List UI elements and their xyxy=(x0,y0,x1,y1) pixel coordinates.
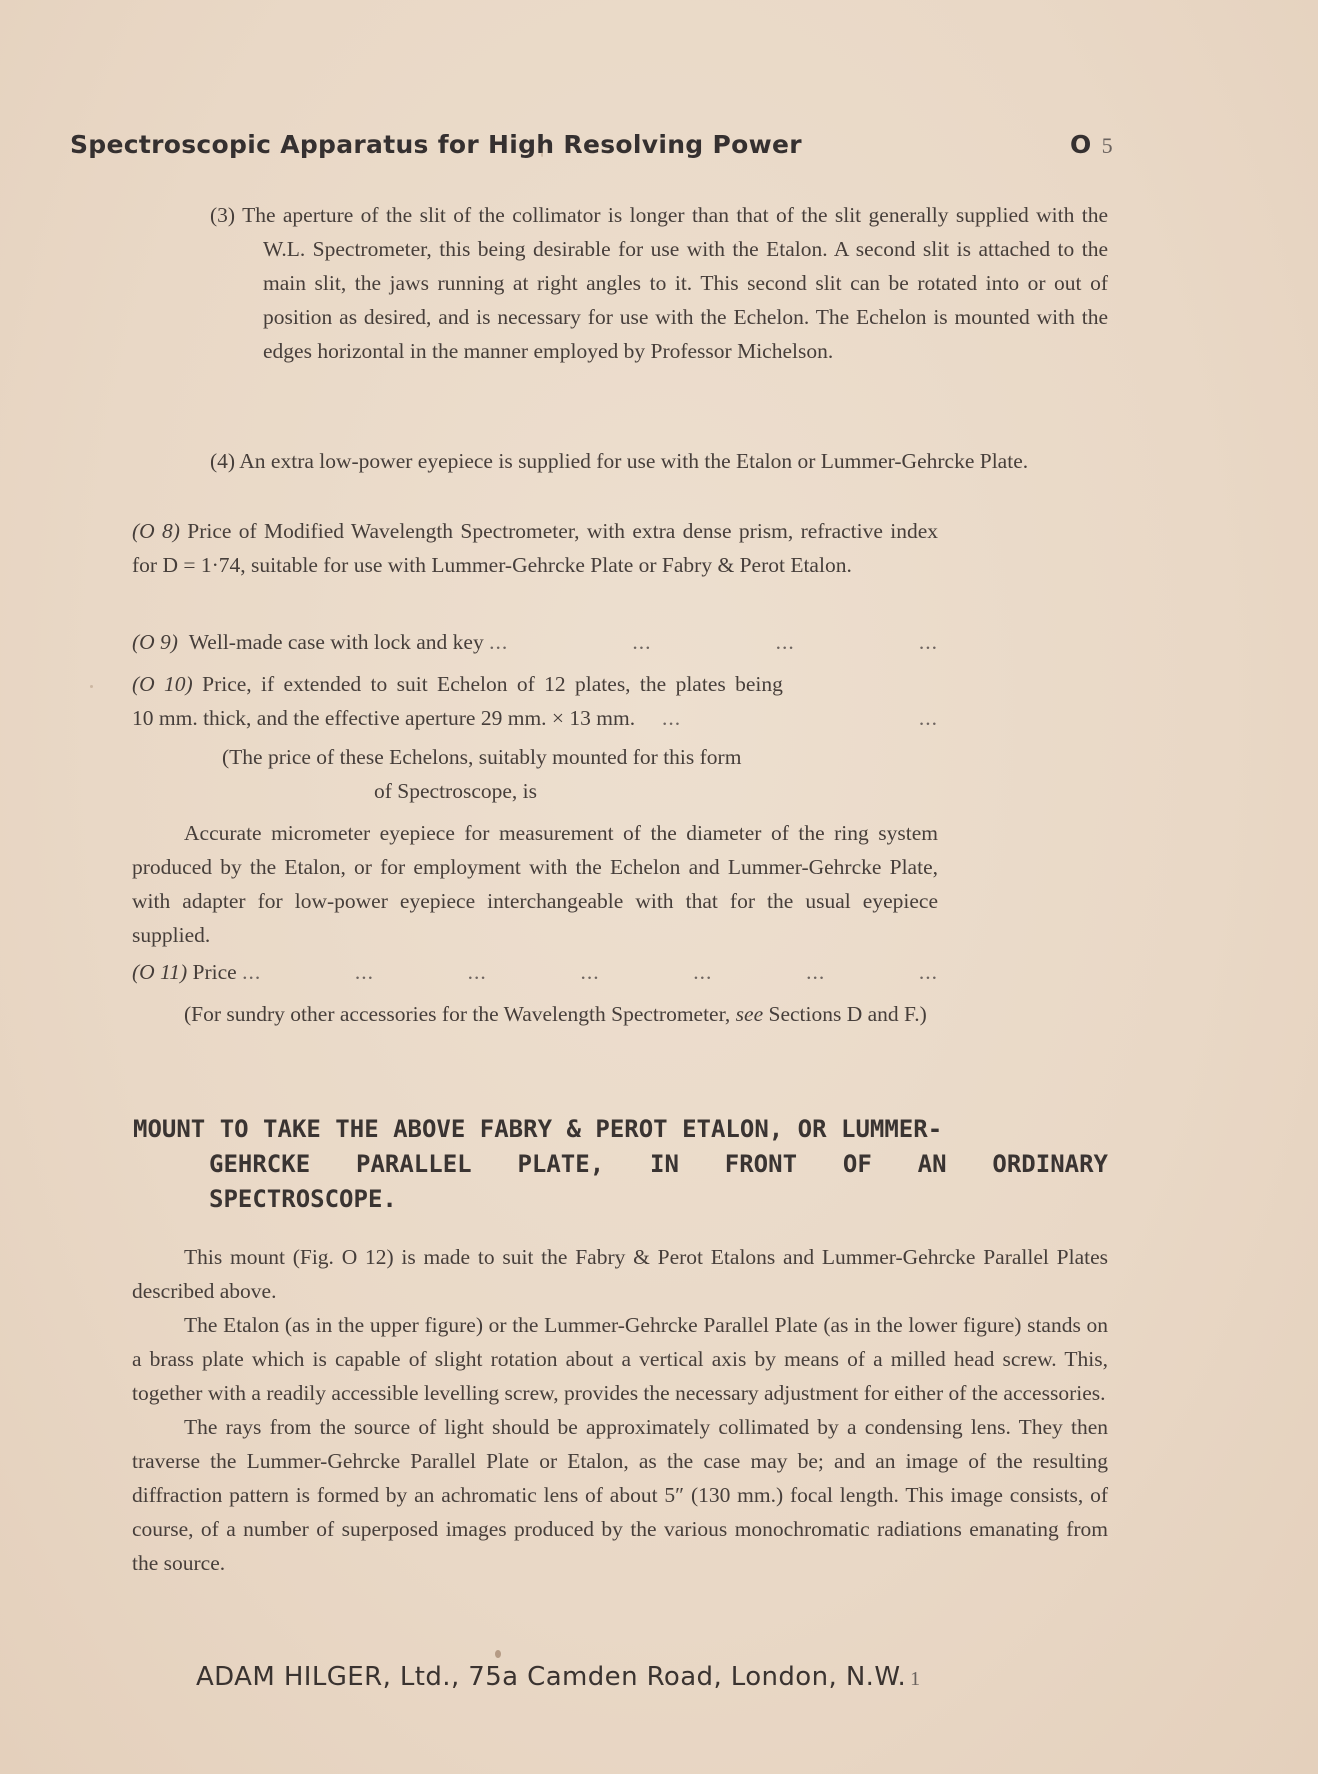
note-line-2: of Spectroscope, is xyxy=(222,774,922,808)
dot-leader: ... xyxy=(489,630,508,654)
note-text: (For sundry other accessories for the Wa… xyxy=(184,1002,736,1026)
catalogue-code: (O 11) xyxy=(132,960,187,984)
note-line-1: (The price of these Echelons, suitably m… xyxy=(222,740,922,774)
section-letter: O xyxy=(1070,130,1092,159)
dot-leader: ... xyxy=(919,955,938,989)
dot-leader: ... xyxy=(242,960,261,984)
price-entry-line-1: (O 10) Price, if extended to suit Echelo… xyxy=(132,667,938,701)
price-entry-o9: (O 9) Well-made case with lock and key .… xyxy=(132,625,938,659)
dot-leader: ... xyxy=(806,955,825,989)
dot-leader: ... xyxy=(355,955,374,989)
catalogue-code: (O 10) xyxy=(132,672,193,696)
paper-speck xyxy=(541,152,543,157)
paragraph: This mount (Fig. O 12) is made to suit t… xyxy=(132,1240,1108,1308)
price-entry-text: 10 mm. thick, and the effective aperture… xyxy=(132,706,635,730)
dot-leader: ... xyxy=(580,955,599,989)
dot-leader: ... xyxy=(776,625,795,659)
price-entry-o11: (O 11) Price ... ... ... ... ... ... ... xyxy=(132,955,938,989)
dot-leader: ... xyxy=(919,701,938,735)
paragraph: The Etalon (as in the upper figure) or t… xyxy=(132,1308,1108,1410)
list-item-label: (4) xyxy=(210,449,235,473)
dot-leader: ... xyxy=(693,955,712,989)
page-number: 5 xyxy=(1102,133,1113,158)
catalogue-code: (O 8) xyxy=(132,519,180,543)
echelon-price-note: (The price of these Echelons, suitably m… xyxy=(222,740,922,808)
imprint-text: ADAM HILGER, Ltd., 75a Camden Road, Lond… xyxy=(196,1662,906,1692)
mount-description: This mount (Fig. O 12) is made to suit t… xyxy=(132,1240,1108,1580)
dot-leader: ... xyxy=(468,955,487,989)
catalogue-code: (O 9) xyxy=(132,630,178,654)
price-entry-o10: (O 10) Price, if extended to suit Echelo… xyxy=(132,667,938,735)
list-item-text: An extra low-power eyepiece is supplied … xyxy=(239,449,1028,473)
page-folio: O5 xyxy=(1070,130,1113,159)
price-entry-text: Price xyxy=(193,960,237,984)
postal-district: 1 xyxy=(910,1668,920,1690)
list-item-3-paragraph: (3) The aperture of the slit of the coll… xyxy=(210,198,1108,368)
publisher-imprint: ADAM HILGER, Ltd., 75a Camden Road, Lond… xyxy=(196,1662,1096,1692)
list-item-4: (4) An extra low-power eyepiece is suppl… xyxy=(210,444,1108,478)
section-heading: MOUNT TO TAKE THE ABOVE FABRY & PEROT ET… xyxy=(133,1112,1108,1217)
price-entry-text: Price of Modified Wavelength Spectromete… xyxy=(132,519,938,577)
list-item-text: The aperture of the slit of the collimat… xyxy=(242,203,1108,363)
list-item-4-paragraph: (4) An extra low-power eyepiece is suppl… xyxy=(210,444,1108,478)
leader-row: (O 9) Well-made case with lock and key .… xyxy=(132,625,938,659)
paper-speck xyxy=(495,1650,501,1658)
heading-line-2: GEHRCKE PARALLEL PLATE, IN FRONT OF AN O… xyxy=(133,1147,1108,1182)
heading-line-3: SPECTROSCOPE. xyxy=(133,1182,1108,1217)
see-reference: see xyxy=(736,1002,763,1026)
sundry-accessories-note: (For sundry other accessories for the Wa… xyxy=(132,997,938,1031)
dot-leader: ... xyxy=(632,625,651,659)
list-item-label: (3) xyxy=(210,203,235,227)
catalogue-page: Spectroscopic Apparatus for High Resolvi… xyxy=(0,0,1318,1774)
price-entry-text: Price, if extended to suit Echelon of 12… xyxy=(202,672,783,696)
note-text: Sections D and F.) xyxy=(763,1002,927,1026)
list-item-3: (3) The aperture of the slit of the coll… xyxy=(210,198,1108,368)
dot-leader: ... xyxy=(919,625,938,659)
paper-speck xyxy=(90,685,93,688)
price-entry-line-2: 10 mm. thick, and the effective aperture… xyxy=(132,701,938,735)
price-entry-o8: (O 8) Price of Modified Wavelength Spect… xyxy=(132,514,938,582)
dot-leader: ... xyxy=(662,706,681,730)
running-head-title: Spectroscopic Apparatus for High Resolvi… xyxy=(70,130,802,159)
price-entry-text: Well-made case with lock and key xyxy=(189,630,484,654)
micrometer-eyepiece-paragraph: Accurate micrometer eyepiece for measure… xyxy=(132,816,938,952)
leader-row: (O 11) Price ... ... ... ... ... ... ... xyxy=(132,955,938,989)
paragraph: The rays from the source of light should… xyxy=(132,1410,1108,1580)
heading-line-1: MOUNT TO TAKE THE ABOVE FABRY & PEROT ET… xyxy=(133,1112,1108,1147)
